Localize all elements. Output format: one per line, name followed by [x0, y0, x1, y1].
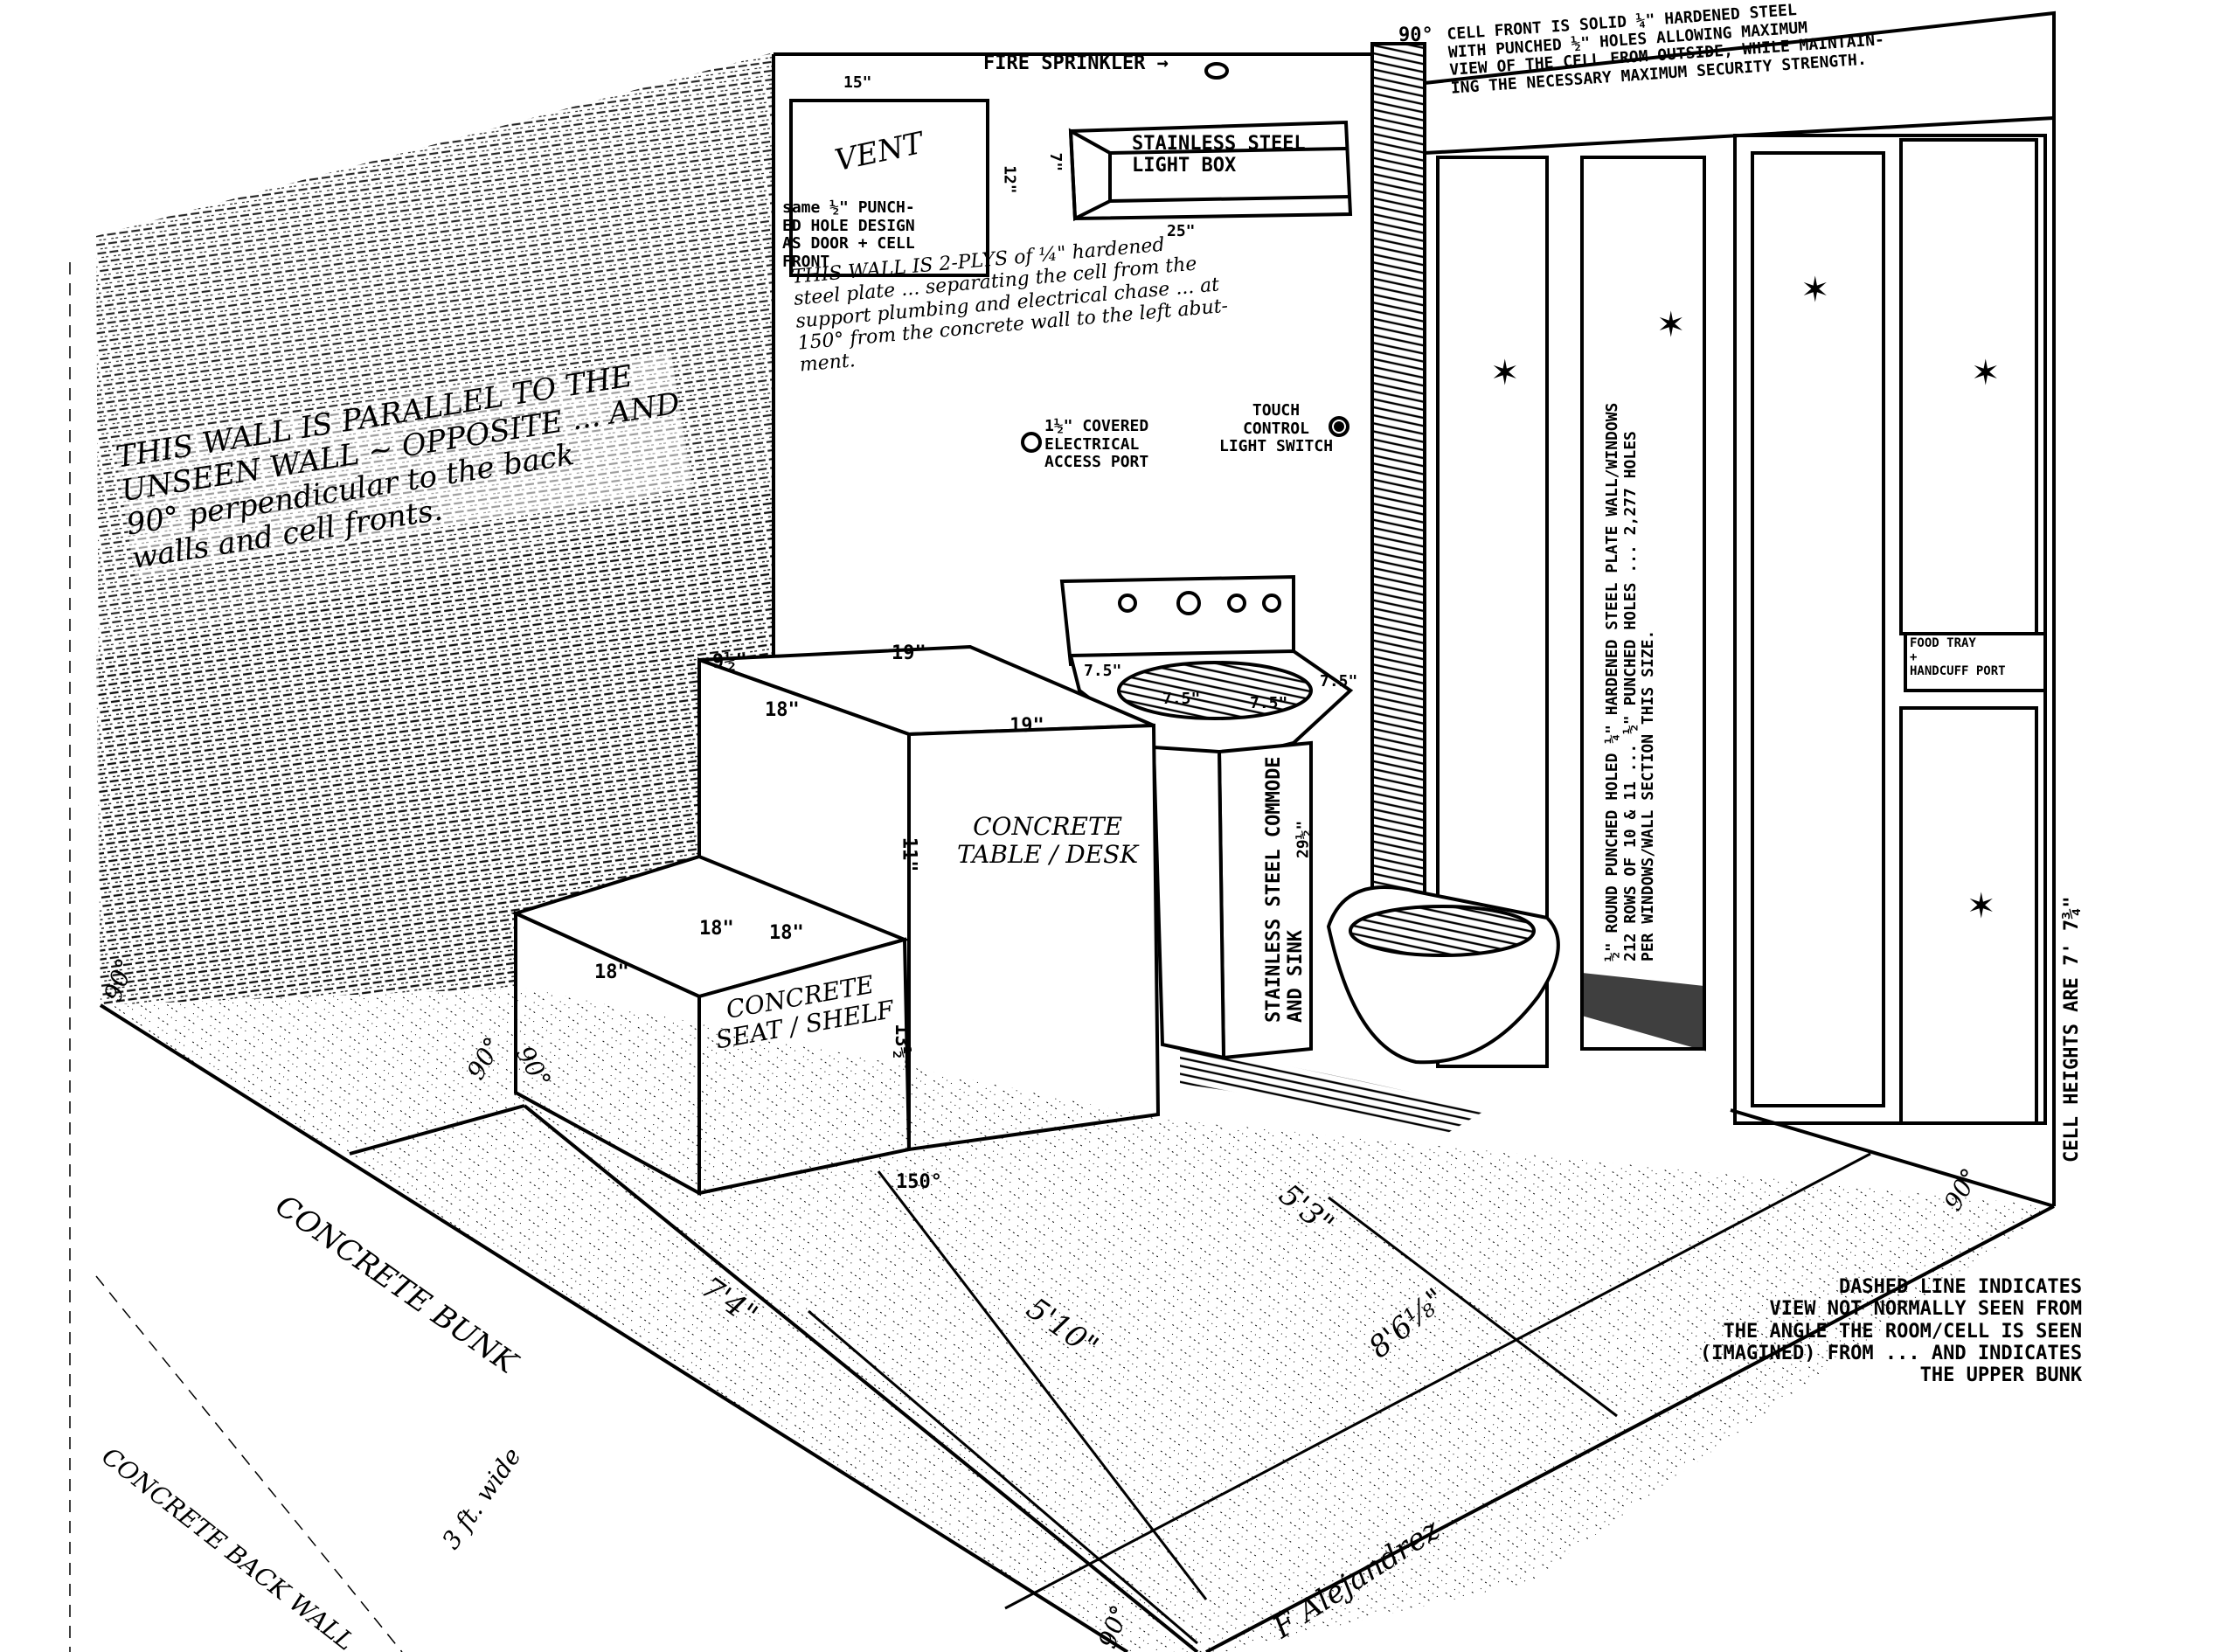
star-icon: ✶ — [1971, 353, 2001, 393]
cell-front-stars: ✶ ✶ ✶ ✶ ✶ — [1490, 270, 2001, 927]
window-note: ½" ROUND PUNCHED HOLED ¼" HARDENED STEEL… — [1604, 403, 1658, 961]
desk-dim-height: 11" — [898, 837, 919, 872]
light-switch-label: TOUCH CONTROL LIGHT SWITCH — [1219, 402, 1333, 456]
desk-dim-front: 19" — [1009, 715, 1044, 737]
light-box-label: STAINLESS STEEL LIGHT BOX — [1132, 133, 1306, 177]
cell-heights-label: CELL HEIGHTS ARE 7' 7¾" — [2061, 896, 2083, 1163]
sink-label: STAINLESS STEEL COMMODE AND SINK — [1263, 756, 1308, 1023]
access-port-label: 1½" COVERED ELECTRICAL ACCESS PORT — [1044, 418, 1148, 472]
fire-sprinkler-label: FIRE SPRINKLER → — [983, 52, 1169, 74]
light-box-height: 7" — [1046, 153, 1065, 172]
desk-dim-depth: 9½" — [712, 651, 747, 673]
chase-column — [1372, 44, 1425, 918]
sink-dim-height: 29½" — [1294, 821, 1313, 858]
desk-angle: 150° — [896, 1171, 942, 1193]
star-icon: ✶ — [1967, 886, 1996, 927]
dashed-line-note: DASHED LINE INDICATES VIEW NOT NORMALLY … — [1700, 1276, 2082, 1386]
seat-dim-front: 18" — [769, 922, 804, 944]
sink-dim-1: 7.5" — [1084, 663, 1121, 681]
corner-angle-label: 90° — [1398, 24, 1433, 46]
toilet — [1329, 887, 1558, 1062]
star-icon: ✶ — [1656, 305, 1686, 345]
star-icon: ✶ — [1800, 270, 1830, 310]
desk-dim-top: 19" — [892, 642, 926, 664]
sink-dim-2: 7.5" — [1162, 691, 1200, 709]
desk-dim-side: 18" — [765, 699, 800, 721]
vent-height: 12" — [1000, 165, 1018, 194]
fire-sprinkler-icon — [1206, 64, 1227, 78]
access-port-icon — [1023, 434, 1040, 451]
seat-dim-side: 18" — [594, 961, 629, 983]
vent-width: 15" — [843, 74, 872, 93]
seat-dim-top: 18" — [699, 918, 734, 940]
food-tray-port-label: FOOD TRAY + HANDCUFF PORT — [1910, 636, 2006, 678]
sink-dim-3: 7.5" — [1250, 695, 1287, 713]
cell-front — [1425, 13, 2054, 1206]
seat-dim-height: 13½" — [891, 1024, 912, 1070]
sink-dim-4: 7.5" — [1320, 673, 1357, 691]
star-icon: ✶ — [1490, 353, 1520, 393]
desk-label: CONCRETE TABLE / DESK — [957, 813, 1138, 869]
